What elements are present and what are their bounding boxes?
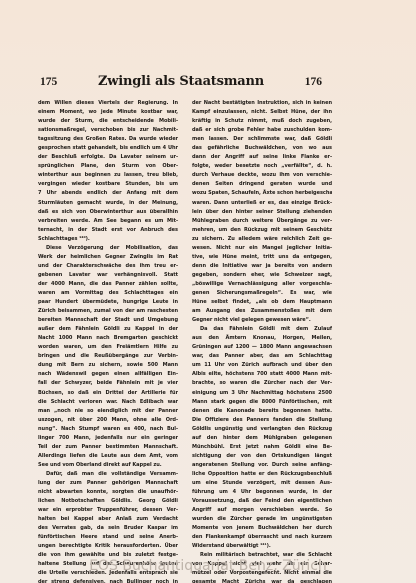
text-line: sichtigung der von den Ortskundigen läng…	[192, 452, 332, 461]
text-line: angeratenen Stellung vor. Durch seine an…	[192, 461, 332, 470]
text-line: linger 700 Mann, jedenfalls nur ein geri…	[38, 434, 178, 443]
text-line: man „noch nie so eiendiglich mit der Pan…	[38, 407, 178, 416]
text-line: vergingen wieder kostbare Stunden, bis u…	[38, 180, 178, 189]
text-line: Da das Fähnlein Göldli mit dem Zulauf	[192, 325, 332, 334]
watermark: EOS Buchantiquariat Benz, Zürich	[0, 558, 416, 574]
text-line: Momente von jenem Buchwäldchen her durch	[192, 524, 332, 533]
text-line: dung mit Bern zu sichern, sowie 500 Mann	[38, 361, 178, 370]
text-line: der streng defensiven, nach Bullinger no…	[38, 578, 178, 583]
text-line: dann der Angriff auf seine linke Flanke …	[192, 153, 332, 162]
text-line: den Flankenkampf überrascht und nach kur…	[192, 533, 332, 542]
text-line: gesprochen statt gehandelt, bis endlich …	[38, 144, 178, 153]
text-line: waren. Dann unterließ er es, das einzige…	[192, 199, 332, 208]
text-line: bereiten Mannschaft der Stadt und Umgebu…	[38, 316, 178, 325]
left-page-number: 175	[40, 76, 57, 88]
text-line: gesamte Macht Zürichs war da geschlagen	[192, 578, 332, 583]
text-line: wesen. Nicht nur ein Mangel jeglicher In…	[192, 244, 332, 253]
text-line: genen Sicherungsmaßregeln“. Es war, wie	[192, 289, 332, 298]
text-line: Teil der zum Panner bestimmten Mannschaf…	[38, 443, 178, 452]
running-header: 175 Zwingli als Staatsmann 176	[40, 74, 322, 90]
text-line: winterthur aus beginnen zu lassen, treu …	[38, 171, 178, 180]
text-line: 7 Uhr abends endlich der Anfang mit dem	[38, 189, 178, 198]
text-line: um eine Stunde verzögert, mit dessen Aus…	[192, 479, 332, 488]
text-line: Mühlegraben durch weitere Übergänge zu v…	[192, 217, 332, 226]
text-line: Göldlis ungünstig und verlangten den Rüc…	[192, 425, 332, 434]
text-line: Diese Verzögerung der Mobilisation, das	[38, 244, 178, 253]
text-line: „böswillige Vernachlässigung aller vorge…	[192, 280, 332, 289]
text-line: wurden die Zürcher gerade im ungünstigst…	[192, 515, 332, 524]
text-line: Nacht 1000 Mann nach Bremgarten geschick…	[38, 334, 178, 343]
text-line: aus den Ämtern Knonau, Horgen, Meilen,	[192, 334, 332, 343]
text-line: See und vom Oberland direkt auf Kappel z…	[38, 461, 178, 470]
text-line: der Beschluß erfolgte. Da Lavater seinem…	[38, 153, 178, 162]
text-line: Kampf einzulassen, nicht. Selbst Hüne, d…	[192, 108, 332, 117]
text-line: folgte, weder besetzte noch „verfällte“,…	[192, 162, 332, 171]
text-line: und der Charakterschwäche des ihm treu e…	[38, 262, 178, 271]
right-page-number: 176	[305, 76, 322, 88]
text-line: bringen und die Reußübergänge zur Verbin…	[38, 352, 178, 361]
text-line: mehren, um den Rückzug mit seinem Geschü…	[192, 226, 332, 235]
text-line: fall der Schwyzer, beide Fähnlein mit je…	[38, 379, 178, 388]
text-line: brachte, so waren die Zürcher nach der V…	[192, 379, 332, 388]
text-line: wozu Spaten, Schaufeln, Äxte schon herbe…	[192, 189, 332, 198]
text-line: am Ausgang des Zusammenstoßes mit dem	[192, 307, 332, 316]
text-line: Voraussetzung, daß der Feind den eigentl…	[192, 497, 332, 506]
text-line: außer dem Fähnlein Göldli zu Kappel in d…	[38, 325, 178, 334]
text-line: nach Wädenswil gegen einen allfälligen E…	[38, 370, 178, 379]
text-line: der Nacht bestätigten Instruktion, sich …	[192, 99, 332, 108]
book-page: 175 Zwingli als Staatsmann 176 dem Wille…	[0, 0, 416, 583]
text-line: das gefährliche Buchwäldchen, von wo aus	[192, 144, 332, 153]
text-line: liche Opposition hatte er den Rückzugsbe…	[192, 470, 332, 479]
text-line: durch Verhaue deckte, wozu ihm von versc…	[192, 171, 332, 180]
text-line: waren am Vormittag des Schlachttages ein	[38, 289, 178, 298]
text-line: lichen Notbotschaften Göldlis. Georg Göl…	[38, 497, 178, 506]
text-line: um 11 Uhr von Zürich aufbrach und über d…	[192, 361, 332, 370]
text-line: sationsmaßregel, verschoben bis zur Nach…	[38, 126, 178, 135]
text-line: zu sichern. Zu alledem wäre reichlich Ze…	[192, 235, 332, 244]
running-title: Zwingli als Staatsmann	[98, 74, 264, 89]
text-line: fünförtischen Heere stand und seine Aner…	[38, 533, 178, 542]
text-line: Mann stark gegen die 8000 Fünförtischen,…	[192, 398, 332, 407]
text-line: worden waren, um den Freiämtlern Hilfe z…	[38, 343, 178, 352]
text-line: Allerdings liefen die Leute aus dem Amt,…	[38, 452, 178, 461]
text-line: ungen berechtigte Kritik herausforderten…	[38, 542, 178, 551]
text-line: paar Hundert übermüdete, hungrige Leute …	[38, 298, 178, 307]
text-line: Sturmläuten gemacht wurde, in der Meinun…	[38, 199, 178, 208]
text-line: lung der zum Panner gehörigen Mannschaft	[38, 479, 178, 488]
text-line: einigung um 3 Uhr Nachmittag höchstens 2…	[192, 389, 332, 398]
text-line: sprünglichen Plane, den Sturm von Ober-	[38, 162, 178, 171]
text-line: halten bei Kappel aber Anlaß zum Verdach…	[38, 515, 178, 524]
text-line: die Schlacht verloren war. Nach Edlibach…	[38, 398, 178, 407]
text-line: uszogen, nit über 200 Mann, ohne alle Or…	[38, 416, 178, 425]
text-line: Werk der heimlichen Gegner Zwinglis im R…	[38, 253, 178, 262]
text-line: war ein erprobter Truppenführer, dessen …	[38, 506, 178, 515]
text-line: Die Offiziere des Panners fanden die Ste…	[192, 416, 332, 425]
text-line: tive, wie Hüne meint, tritt uns da entge…	[192, 253, 332, 262]
text-line: lein über den hinter seiner Stellung zie…	[192, 208, 332, 217]
text-line: denn die Initiative war ja bereits von a…	[192, 262, 332, 271]
text-line: Angriff auf morgen verschieben werde. So	[192, 506, 332, 515]
text-line: Grüningen auf 1200 — 1800 Mann angewachs…	[192, 343, 332, 352]
text-line: Zürich beisammen, zumal von der am rasch…	[38, 307, 178, 316]
text-line: nung“. Nach Stumpf waren es 400, nach Bu…	[38, 425, 178, 434]
text-line: kräftig in Schutz nimmt, muß doch zugebe…	[192, 117, 332, 126]
text-line: einem Moment, wo jede Minute kostbar war…	[38, 108, 178, 117]
text-line: verbreiten werde. Am See begann es um Mi…	[38, 217, 178, 226]
text-line: ternacht, in der Stadt erst vor Anbruch …	[38, 226, 178, 235]
text-line: denen die Kanonade bereits begonnen hatt…	[192, 407, 332, 416]
text-line: Büchsen, so daß ein Drittel der Artiller…	[38, 389, 178, 398]
text-line: der 4000 Mann, die das Panner zählen sol…	[38, 280, 178, 289]
text-line: wurde der Sturm, die entscheidende Mobil…	[38, 117, 178, 126]
text-line: Widerstand überwältigt ¹⁴¹).	[192, 542, 332, 551]
text-line: gegeben, sondern eher, wie Schweizer sag…	[192, 271, 332, 280]
left-text-column: dem Willen dieses Viertels der Regierung…	[38, 99, 178, 583]
text-line: Dafür, daß man die vollständige Versamm-	[38, 470, 178, 479]
text-line: dem Willen dieses Viertels der Regierung…	[38, 99, 178, 108]
text-line: gebenen Lavater war verhängnisvoll. Stat…	[38, 271, 178, 280]
text-line: auf den hinter dem Mühlgraben gelegenen	[192, 434, 332, 443]
text-line: denen Seiten dringend geraten wurde und	[192, 180, 332, 189]
text-line: daß es sich von Oberwinterthur aus übera…	[38, 208, 178, 217]
text-line: führung um 4 Uhr begonnen wurde, in der	[192, 488, 332, 497]
text-line: nicht abwarten konnte, sorgten die unauf…	[38, 488, 178, 497]
right-text-column: der Nacht bestätigten Instruktion, sich …	[192, 99, 332, 583]
text-line: tagssitzung des Großen Rates. Da wurde w…	[38, 135, 178, 144]
text-line: des Verrates gab, da sein Bruder Kaspar …	[38, 524, 178, 533]
text-line: Albis eilte, höchstens 700 statt 4000 Ma…	[192, 370, 332, 379]
text-line: daß er sich grobe Fehler habe zuschulden…	[192, 126, 332, 135]
text-line: Schlachttages ¹⁴⁰).	[38, 235, 178, 244]
text-line: Gegner nicht viel gelegen gewesen wäre“.	[192, 316, 332, 325]
text-line: men lassen. Der schlimmste war, daß Göld…	[192, 135, 332, 144]
text-line: Hüne selbst findet, „als ob dem Hauptman…	[192, 298, 332, 307]
text-line: Münchbühl. Erst jetzt nahm Göldli eine B…	[192, 443, 332, 452]
text-line: war, das Panner aber, das am Schlachttag	[192, 352, 332, 361]
